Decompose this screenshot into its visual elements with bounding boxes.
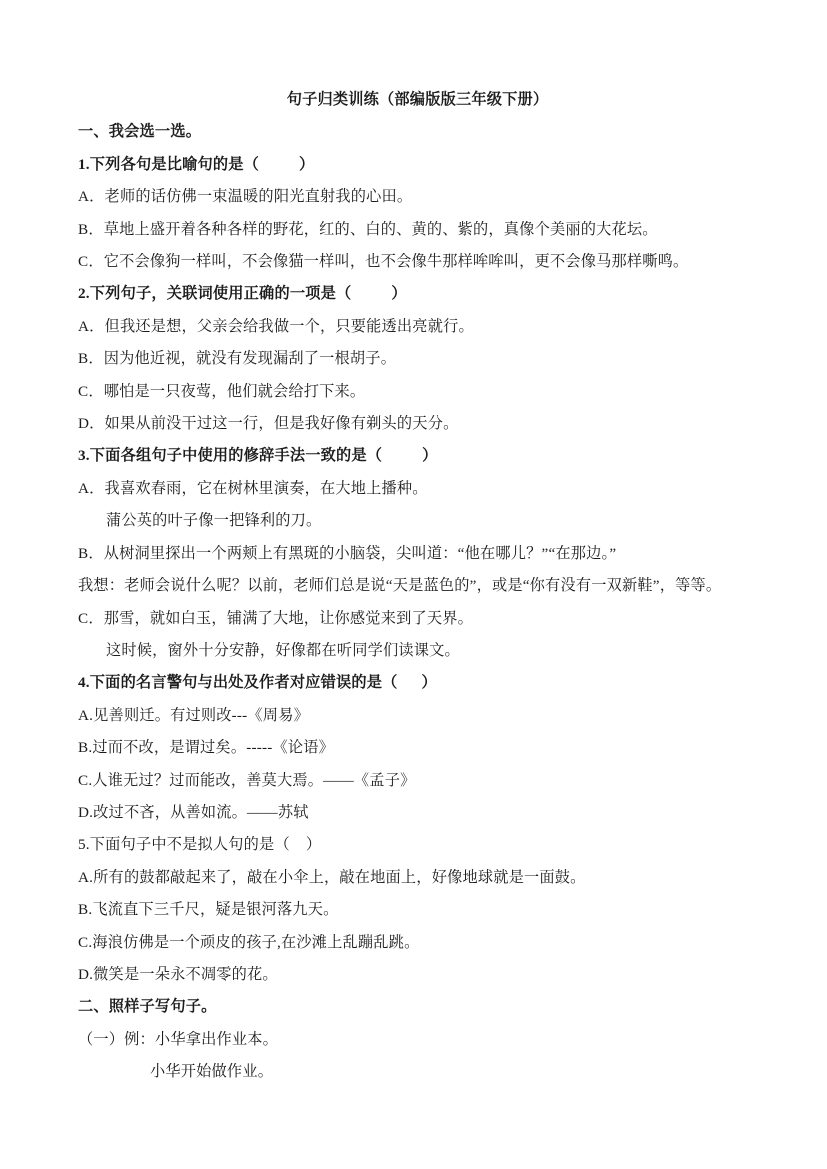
question-2-option-a: A．但我还是想，父亲会给我做一个，只要能透出亮就行。 [78,311,757,343]
question-3-option-b-line2: 我想：老师会说什么呢？以前，老师们总是说“天是蓝色的”，或是“你有没有一双新鞋”… [78,570,757,602]
question-2-option-b: B．因为他近视，就没有发现漏刮了一根胡子。 [78,343,757,375]
question-5-option-a: A.所有的鼓都敲起来了，敲在小伞上，敲在地面上，好像地球就是一面鼓。 [78,862,757,894]
section-2-example-line2: 小华开始做作业。 [78,1056,757,1088]
question-1-heading: 1.下列各句是比喻句的是（ ） [78,149,757,181]
section-2-heading: 二、照样子写句子。 [78,991,757,1023]
question-3-option-c-line1: C．那雪，就如白玉，铺满了大地，让你感觉来到了天界。 [78,603,757,635]
question-3-heading: 3.下面各组句子中使用的修辞手法一致的是（ ） [78,440,757,472]
question-2-option-d: D．如果从前没干过这一行，但是我好像有剃头的天分。 [78,408,757,440]
question-3-option-b-line1: B．从树洞里探出一个两颊上有黑斑的小脑袋，尖叫道：“他在哪儿？”“在那边。” [78,538,757,570]
question-4-option-b: B.过而不改，是谓过矣。-----《论语》 [78,732,757,764]
question-3-option-a-line2: 蒲公英的叶子像一把锋利的刀。 [78,505,757,537]
question-5-heading: 5.下面句子中不是拟人句的是（ ） [78,829,757,861]
question-5-option-b: B.飞流直下三千尺，疑是银河落九天。 [78,894,757,926]
section-2-example-line1: （一）例：小华拿出作业本。 [78,1024,757,1056]
section-1-heading: 一、我会选一选。 [78,116,757,148]
document-title: 句子归类训练（部编版版三年级下册） [78,84,757,116]
question-4-option-c: C.人谁无过？过而能改，善莫大焉。——《孟子》 [78,765,757,797]
question-5-option-d: D.微笑是一朵永不凋零的花。 [78,959,757,991]
question-1-option-b: B．草地上盛开着各种各样的野花，红的、白的、黄的、紫的，真像个美丽的大花坛。 [78,214,757,246]
question-3-option-c-line2: 这时候，窗外十分安静，好像都在听同学们读课文。 [78,635,757,667]
question-3-option-a-line1: A．我喜欢春雨，它在树林里演奏，在大地上播种。 [78,473,757,505]
question-1-option-c: C．它不会像狗一样叫，不会像猫一样叫，也不会像牛那样哞哞叫，更不会像马那样嘶鸣。 [78,246,757,278]
worksheet-page: 句子归类训练（部编版版三年级下册） 一、我会选一选。 1.下列各句是比喻句的是（… [0,0,827,1169]
question-5-option-c: C.海浪仿佛是一个顽皮的孩子,在沙滩上乱蹦乱跳。 [78,927,757,959]
question-2-heading: 2.下列句子，关联词使用正确的一项是（ ） [78,278,757,310]
question-4-heading: 4.下面的名言警句与出处及作者对应错误的是（ ） [78,667,757,699]
question-2-option-c: C．哪怕是一只夜莺，他们就会给打下来。 [78,376,757,408]
question-4-option-d: D.改过不吝，从善如流。——苏轼 [78,797,757,829]
question-1-option-a: A．老师的话仿佛一束温暖的阳光直射我的心田。 [78,181,757,213]
question-4-option-a: A.见善则迁。有过则改---《周易》 [78,700,757,732]
